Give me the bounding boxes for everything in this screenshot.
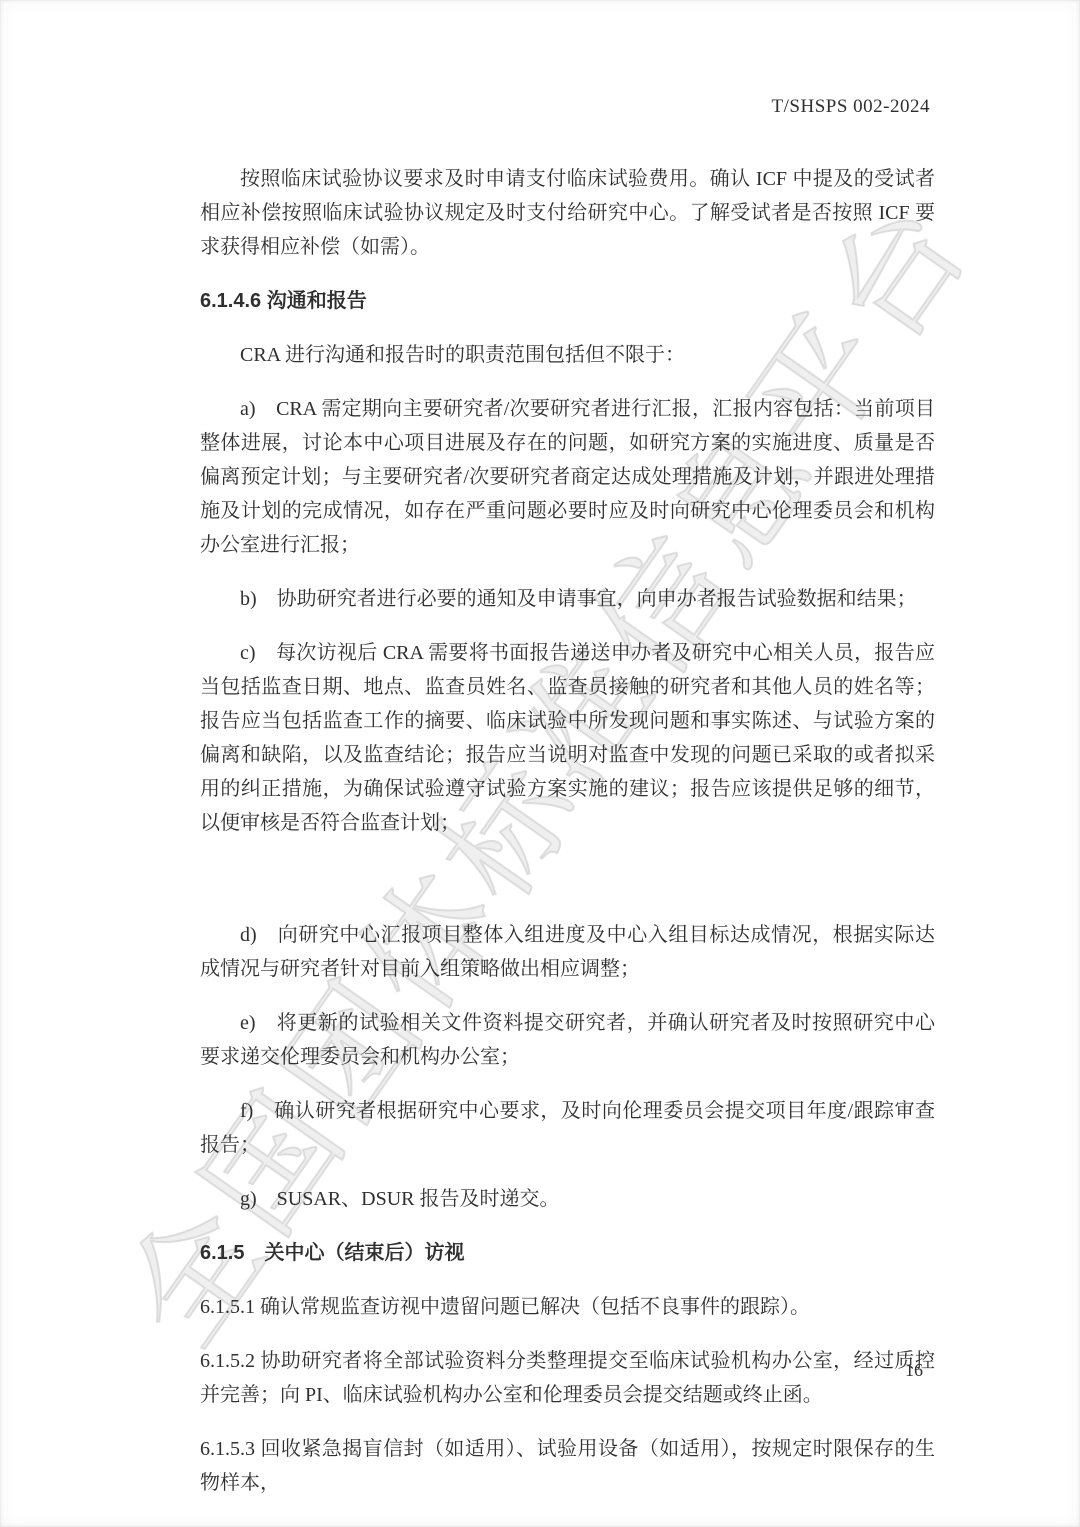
document-page: 全国团体标准信息平台 T/SHSPS 002-2024 按照临床试验协议要求及时…: [0, 0, 1080, 1527]
section-heading-6-1-4-6: 6.1.4.6 沟通和报告: [200, 284, 935, 318]
list-item-c: c) 每次访视后 CRA 需要将书面报告递送申办者及研究中心相关人员，报告应当包…: [200, 636, 935, 840]
paragraph-6-1-5-2: 6.1.5.2 协助研究者将全部试验资料分类整理提交至临床试验机构办公室，经过质…: [200, 1344, 935, 1412]
list-item-b: b) 协助研究者进行必要的通知及申请事宜，向申办者报告试验数据和结果；: [200, 582, 935, 616]
extra-blank-line: [200, 860, 935, 898]
list-item-a: a) CRA 需定期向主要研究者/次要研究者进行汇报，汇报内容包括：当前项目整体…: [200, 392, 935, 562]
paragraph-cra-scope-intro: CRA 进行沟通和报告时的职责范围包括但不限于：: [200, 338, 935, 372]
document-code-header: T/SHSPS 002-2024: [772, 96, 930, 118]
list-item-g: g) SUSAR、DSUR 报告及时递交。: [200, 1182, 935, 1216]
paragraph-6-1-5-3: 6.1.5.3 回收紧急揭盲信封（如适用）、试验用设备（如适用），按规定时限保存…: [200, 1432, 935, 1500]
list-item-f: f) 确认研究者根据研究中心要求，及时向伦理委员会提交项目年度/跟踪审查报告；: [200, 1094, 935, 1162]
document-body: 按照临床试验协议要求及时申请支付临床试验费用。确认 ICF 中提及的受试者相应补…: [200, 142, 935, 1520]
list-item-e: e) 将更新的试验相关文件资料提交研究者，并确认研究者及时按照研究中心要求递交伦…: [200, 1006, 935, 1074]
paragraph-payment-compensation: 按照临床试验协议要求及时申请支付临床试验费用。确认 ICF 中提及的受试者相应补…: [200, 162, 935, 264]
paragraph-6-1-5-1: 6.1.5.1 确认常规监查访视中遗留问题已解决（包括不良事件的跟踪）。: [200, 1290, 935, 1324]
page-number: 16: [905, 1360, 923, 1381]
list-item-d: d) 向研究中心汇报项目整体入组进度及中心入组目标达成情况，根据实际达成情况与研…: [200, 918, 935, 986]
section-heading-6-1-5: 6.1.5 关中心（结束后）访视: [200, 1236, 935, 1270]
